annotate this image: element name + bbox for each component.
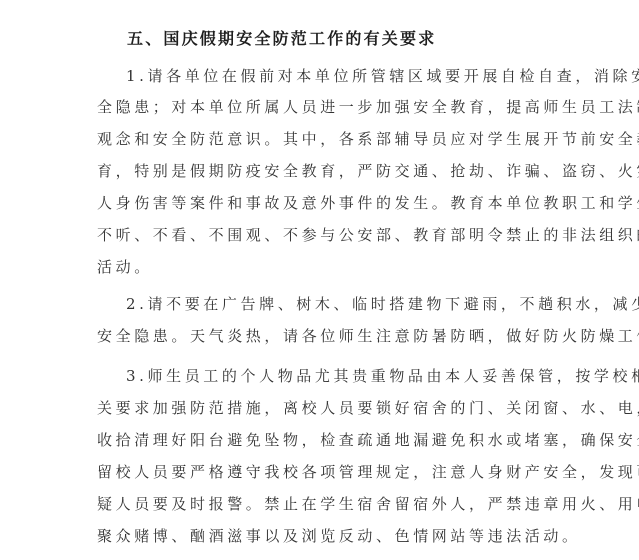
- paragraph-3-line-1: 3.师生员工的个人物品尤其贵重物品由本人妥善保管，按学校相: [126, 366, 576, 386]
- document-page: 五、国庆假期安全防范工作的有关要求 1.请各单位在假前对本单位所管辖区域要开展自…: [0, 0, 639, 560]
- paragraph-3-line-6: 聚众赌博、酗酒滋事以及浏览反动、色情网站等违法活动。: [97, 526, 547, 546]
- paragraph-3-line-2: 关要求加强防范措施，离校人员要锁好宿舍的门、关闭窗、水、电，: [97, 398, 547, 418]
- paragraph-1-line-4: 育，特别是假期防疫安全教育，严防交通、抢劫、诈骗、盗窃、火灾、: [97, 161, 547, 181]
- paragraph-1-line-5: 人身伤害等案件和事故及意外事件的发生。教育本单位教职工和学生: [97, 193, 547, 213]
- paragraph-1-line-2: 全隐患；对本单位所属人员进一步加强安全教育，提高师生员工法制: [97, 97, 547, 117]
- paragraph-2-line-2: 安全隐患。天气炎热，请各位师生注意防暑防晒，做好防火防燥工作。: [97, 326, 547, 346]
- paragraph-1-line-3: 观念和安全防范意识。其中，各系部辅导员应对学生展开节前安全教: [97, 129, 547, 149]
- paragraph-3-line-5: 疑人员要及时报警。禁止在学生宿舍留宿外人，严禁违章用火、用电、: [97, 494, 547, 514]
- paragraph-3-line-4: 留校人员要严格遵守我校各项管理规定，注意人身财产安全，发现可: [97, 462, 547, 482]
- paragraph-3-line-3: 收拾清理好阳台避免坠物，检查疏通地漏避免积水或堵塞，确保安全。: [97, 430, 547, 450]
- paragraph-1-line-1: 1.请各单位在假前对本单位所管辖区域要开展自检自查，消除安: [126, 66, 576, 86]
- section-title: 五、国庆假期安全防范工作的有关要求: [127, 26, 436, 49]
- paragraph-1-line-6: 不听、不看、不围观、不参与公安部、教育部明令禁止的非法组织的: [97, 225, 547, 245]
- paragraph-1-line-7: 活动。: [97, 257, 547, 277]
- paragraph-2-line-1: 2.请不要在广告牌、树木、临时搭建物下避雨，不趟积水，减少: [126, 294, 576, 314]
